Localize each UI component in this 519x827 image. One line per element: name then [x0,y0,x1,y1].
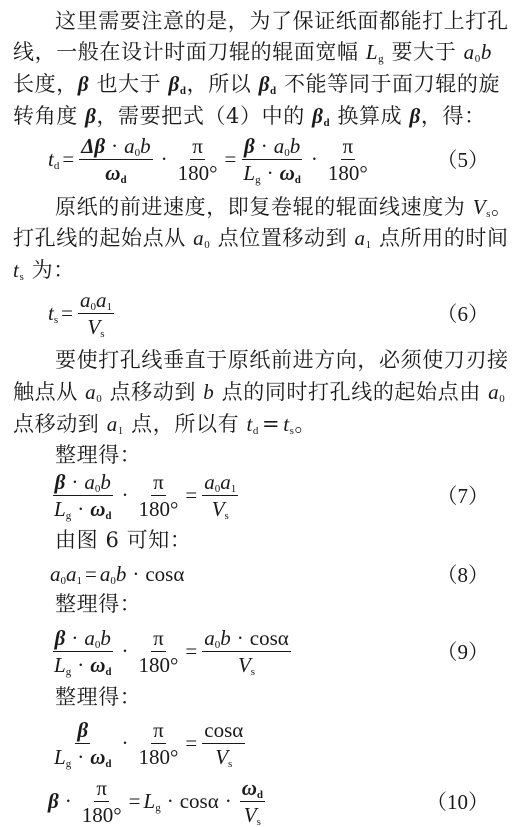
equation-number-10: （10） [426,772,489,827]
var-ts: ts [283,412,294,436]
dot: · [122,731,129,756]
var-a0: a0 [193,226,210,250]
paragraph-3-line-1: 要使打孔线垂直于原纸前进方向，必须使刀刃接 [55,348,519,372]
dot: · [311,147,318,172]
var-beta-d: βd [169,72,187,96]
var-ts: ts [13,258,24,282]
equation-6: ts = a0a1 Vs [48,284,116,342]
equation-intermediate: β Lg·ωd · π 180° = cosα Vs [50,714,247,772]
dot: · [122,639,129,664]
var-Vs: Vs [473,195,491,219]
fraction: cosα Vs [202,718,245,769]
var-beta: β [78,72,89,96]
text: 整理得： [55,592,141,616]
equals: = [185,483,197,508]
fraction: ωd Vs [240,776,265,827]
var-b: b [203,380,214,404]
text: 转角度 [13,104,85,128]
equals: = [225,147,237,172]
dot: · [122,483,129,508]
var-td: td [246,412,259,436]
text: 点位置移动到 [210,226,354,250]
fraction: a0a1 Vs [78,288,114,339]
text: ，所以 [187,72,259,96]
label-rearrange-3: 整理得： [55,685,519,709]
equals: = [185,639,197,664]
text: 整理得： [55,685,141,709]
equals: = [129,789,141,814]
text: 触点从 [13,380,85,404]
var-a0: a0 [85,380,102,404]
paragraph-1-line-3: 长度，β 也大于 βd，所以 βd 不能等同于面刀辊的旋 [13,72,519,96]
paragraph-3-line-3: 点移动到 a1 点，所以有 td=ts。 [13,412,519,436]
text: ，得： [421,104,486,128]
text: 为： [24,258,74,282]
text: 点移动到 [102,380,203,404]
text: 换算成 [330,104,409,128]
fraction: π 180° [137,470,181,521]
paragraph-1-line-4: 转角度 β，需要把式（4）中的 βd 换算成 β，得： [13,104,519,128]
var-ts: ts [48,301,58,326]
fraction: π 180° [326,134,370,185]
equation-number-9: （9） [437,622,490,680]
paragraph-2-line-2: 打孔线的起始点从 a0 点位置移动到 a1 点所用的时间 [13,226,519,250]
cos-alpha: cosα [145,562,184,587]
paragraph-2-line-1: 原纸的前进速度，即复卷辊的辊面线速度为 Vs。 [55,195,519,219]
equals: = [85,562,97,587]
fraction: a0a1 Vs [202,470,238,521]
dot: · [132,562,139,587]
fraction: π 180° [80,776,124,827]
text: 点所用的时间 [372,226,509,250]
text: 点的同时打孔线的起始点由 [214,380,488,404]
var-beta: β [410,104,421,128]
text: 原纸的前进速度，即复卷辊的辊面线速度为 [55,195,473,219]
fraction: β·a0b Lg·ωd [241,134,303,185]
dot: · [225,789,232,814]
equation-number-6: （6） [437,284,490,342]
fraction: β Lg·ωd [52,718,114,769]
fraction: π 180° [137,626,181,677]
text: 。 [491,195,513,219]
dot: · [65,789,72,814]
dot: · [167,789,174,814]
equation-9: β·a0b Lg·ωd · π 180° = a0b·cosα Vs [50,622,293,680]
text: 线，一般在设计时面刀辊的辊面宽幅 [13,40,366,64]
var-a0: a0 [488,380,505,404]
text: ，需要把式（4）中的 [96,104,312,128]
equals: = [62,147,74,172]
label-rearrange-2: 整理得： [55,592,519,616]
var-td: td [48,147,59,172]
text: 这里需要注意的是，为了保证纸面都能打上打孔 [55,9,509,33]
text: 点移动到 [13,412,107,436]
equals: = [185,731,197,756]
dot: · [161,147,168,172]
var-a1: a1 [354,226,371,250]
equation-5: td = Δβ·a0b ωd · π 180° = β·a0b Lg·ωd · … [48,130,372,188]
fraction: π 180° [176,134,220,185]
text: 整理得： [55,443,141,467]
var-a0b: a0b [464,40,492,64]
paragraph-1-line-1: 这里需要注意的是，为了保证纸面都能打上打孔 [55,9,519,33]
var-a1: a1 [107,412,124,436]
fraction: a0b·cosα Vs [202,626,291,677]
equation-number-7: （7） [437,466,490,524]
fraction: β·a0b Lg·ωd [52,470,114,521]
var-beta-d: βd [259,72,277,96]
fraction: π 180° [137,718,181,769]
equals: = [61,301,73,326]
text: 也大于 [89,72,168,96]
text: 要大于 [384,40,463,64]
equation-number-5: （5） [437,130,490,188]
text: 长度， [13,72,78,96]
var-Lg: Lg [366,40,384,64]
fraction: β·a0b Lg·ωd [52,626,114,677]
equation-7: β·a0b Lg·ωd · π 180° = a0a1 Vs [50,466,240,524]
text: 打孔线的起始点从 [13,226,193,250]
var-beta: β [85,104,96,128]
paragraph-1-line-2: 线，一般在设计时面刀辊的辊面宽幅 Lg 要大于 a0b [13,40,519,64]
label-rearrange-1: 整理得： [55,443,519,467]
text: 点，所以有 [124,412,247,436]
paragraph-3-line-2: 触点从 a0 点移动到 b 点的同时打孔线的起始点由 a0 [13,380,519,404]
var-beta: β [48,789,59,814]
text: 不能等同于面刀辊的旋 [277,72,500,96]
paragraph-2-line-3: ts 为： [13,258,519,282]
var-beta-d: βd [312,104,330,128]
text: 要使打孔线垂直于原纸前进方向，必须使刀刃接 [55,348,509,372]
fraction: Δβ·a0b ωd [79,134,152,185]
text: 。 [295,412,317,436]
equation-10: β · π 180° = Lg · cosα · ωd Vs [48,772,267,827]
